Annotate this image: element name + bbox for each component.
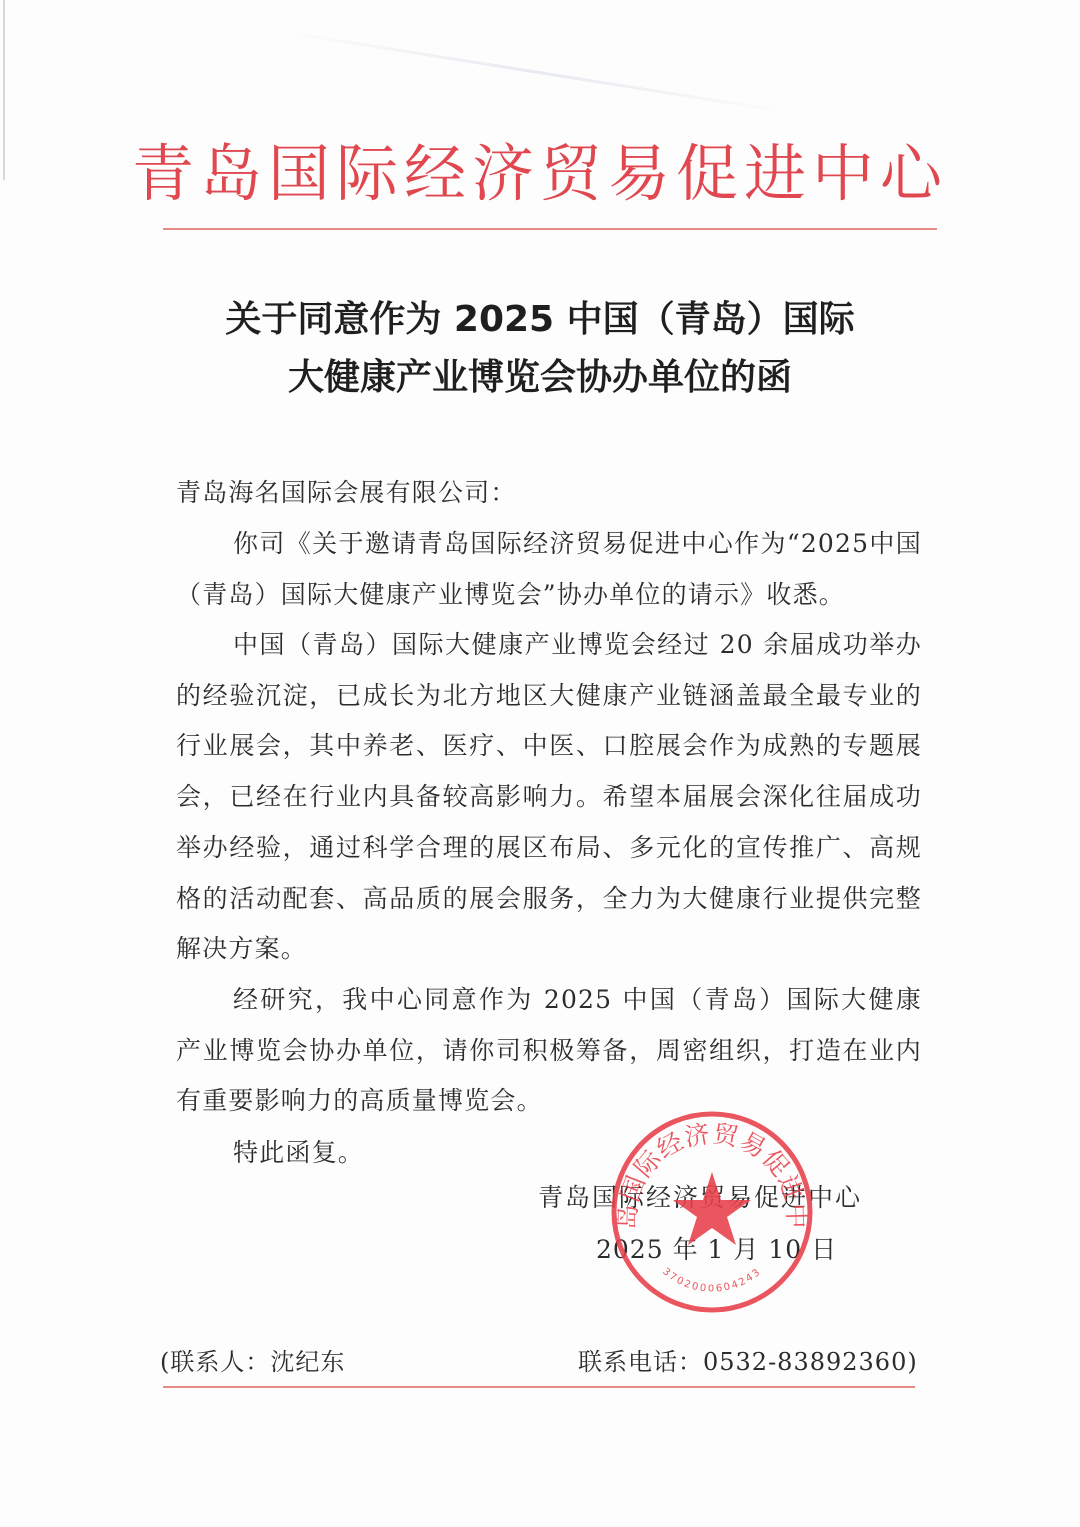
paragraph-3: 经研究，我中心同意作为 2025 中国（青岛）国际大健康产业博览会协办单位，请你… [176, 975, 922, 1127]
contact-person: (联系人：沈纪东 [160, 1342, 345, 1377]
footer-divider [163, 1386, 915, 1388]
paragraph-2: 中国（青岛）国际大健康产业博览会经过 20 余届成功举办的经验沉淀，已成长为北方… [176, 620, 922, 975]
document-title-line-2: 大健康产业博览会协办单位的函 [0, 356, 1080, 400]
document-title-line-1: 关于同意作为 2025 中国（青岛）国际 [0, 298, 1080, 342]
letterhead-organization: 青岛国际经济贸易促进中心 [0, 138, 1080, 210]
scan-artifact [280, 30, 794, 114]
svg-text:3702000604243: 3702000604243 [660, 1266, 764, 1294]
seal-serial-number: 3702000604243 [660, 1266, 764, 1294]
contact-phone: 联系电话：0532-83892360) [578, 1342, 918, 1377]
salutation: 青岛海名国际会展有限公司： [176, 468, 926, 519]
star-icon [673, 1172, 751, 1245]
paragraph-1: 你司《关于邀请青岛国际经济贸易促进中心作为“2025中国（青岛）国际大健康产业博… [176, 519, 922, 620]
letterhead-divider [163, 228, 937, 230]
official-seal: 青岛国际经济贸易促进中心 3702000604243 [608, 1108, 816, 1316]
